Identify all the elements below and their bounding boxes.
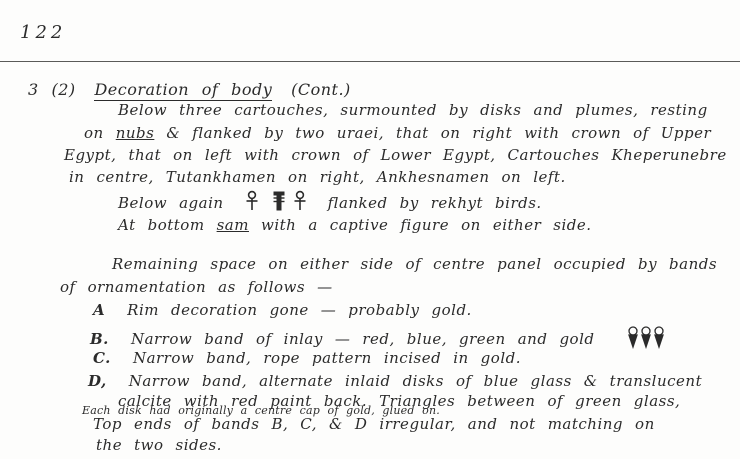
ankh-icon xyxy=(294,192,305,210)
item-label: C. xyxy=(93,349,111,367)
page-number: 122 xyxy=(20,22,66,43)
list-item-a: A Rim decoration gone — probably gold. xyxy=(93,301,472,319)
section-heading: 3 (2) Decoration of body (Cont.) xyxy=(28,80,351,99)
ankh-djed-ankh-hieroglyphs xyxy=(244,198,320,216)
handwritten-notebook-page: 122 3 (2) Decoration of body (Cont.) Bel… xyxy=(0,0,740,459)
list-item-c: C. Narrow band, rope pattern incised in … xyxy=(93,349,521,367)
ankh-icon xyxy=(246,192,257,210)
handwritten-line: in centre, Tutankhamen on right, Ankhesn… xyxy=(69,168,566,186)
handwritten-line: Egypt, that on left with crown of Lower … xyxy=(64,146,727,164)
handwritten-line: of ornamentation as follows — xyxy=(60,278,333,296)
underlined-word: nubs xyxy=(116,124,155,142)
section-title: Decoration of body xyxy=(94,80,272,101)
ruled-divider-line xyxy=(0,61,740,62)
handwritten-line: Remaining space on either side of centre… xyxy=(112,255,717,273)
underlined-word: sam xyxy=(217,216,249,234)
handwritten-line: the two sides. xyxy=(96,436,222,454)
item-label: B. xyxy=(90,330,109,348)
handwritten-line: Below three cartouches, surmounted by di… xyxy=(118,101,708,119)
section-number: 3 (2) xyxy=(28,80,76,99)
section-cont: (Cont.) xyxy=(291,80,351,99)
handwritten-line: At bottom sam with a captive figure on e… xyxy=(118,216,592,234)
item-label: A xyxy=(93,301,105,319)
handwritten-line: on nubs & flanked by two uraei, that on … xyxy=(84,124,711,142)
disk-and-petal-frieze-sketch xyxy=(625,335,667,353)
handwritten-line: Top ends of bands B, C, & D irregular, a… xyxy=(93,415,655,433)
item-label: D, xyxy=(88,372,107,390)
list-item-d: D, Narrow band, alternate inlaid disks o… xyxy=(88,372,702,390)
djed-icon xyxy=(273,192,284,210)
handwritten-line: Below again xyxy=(118,190,542,216)
